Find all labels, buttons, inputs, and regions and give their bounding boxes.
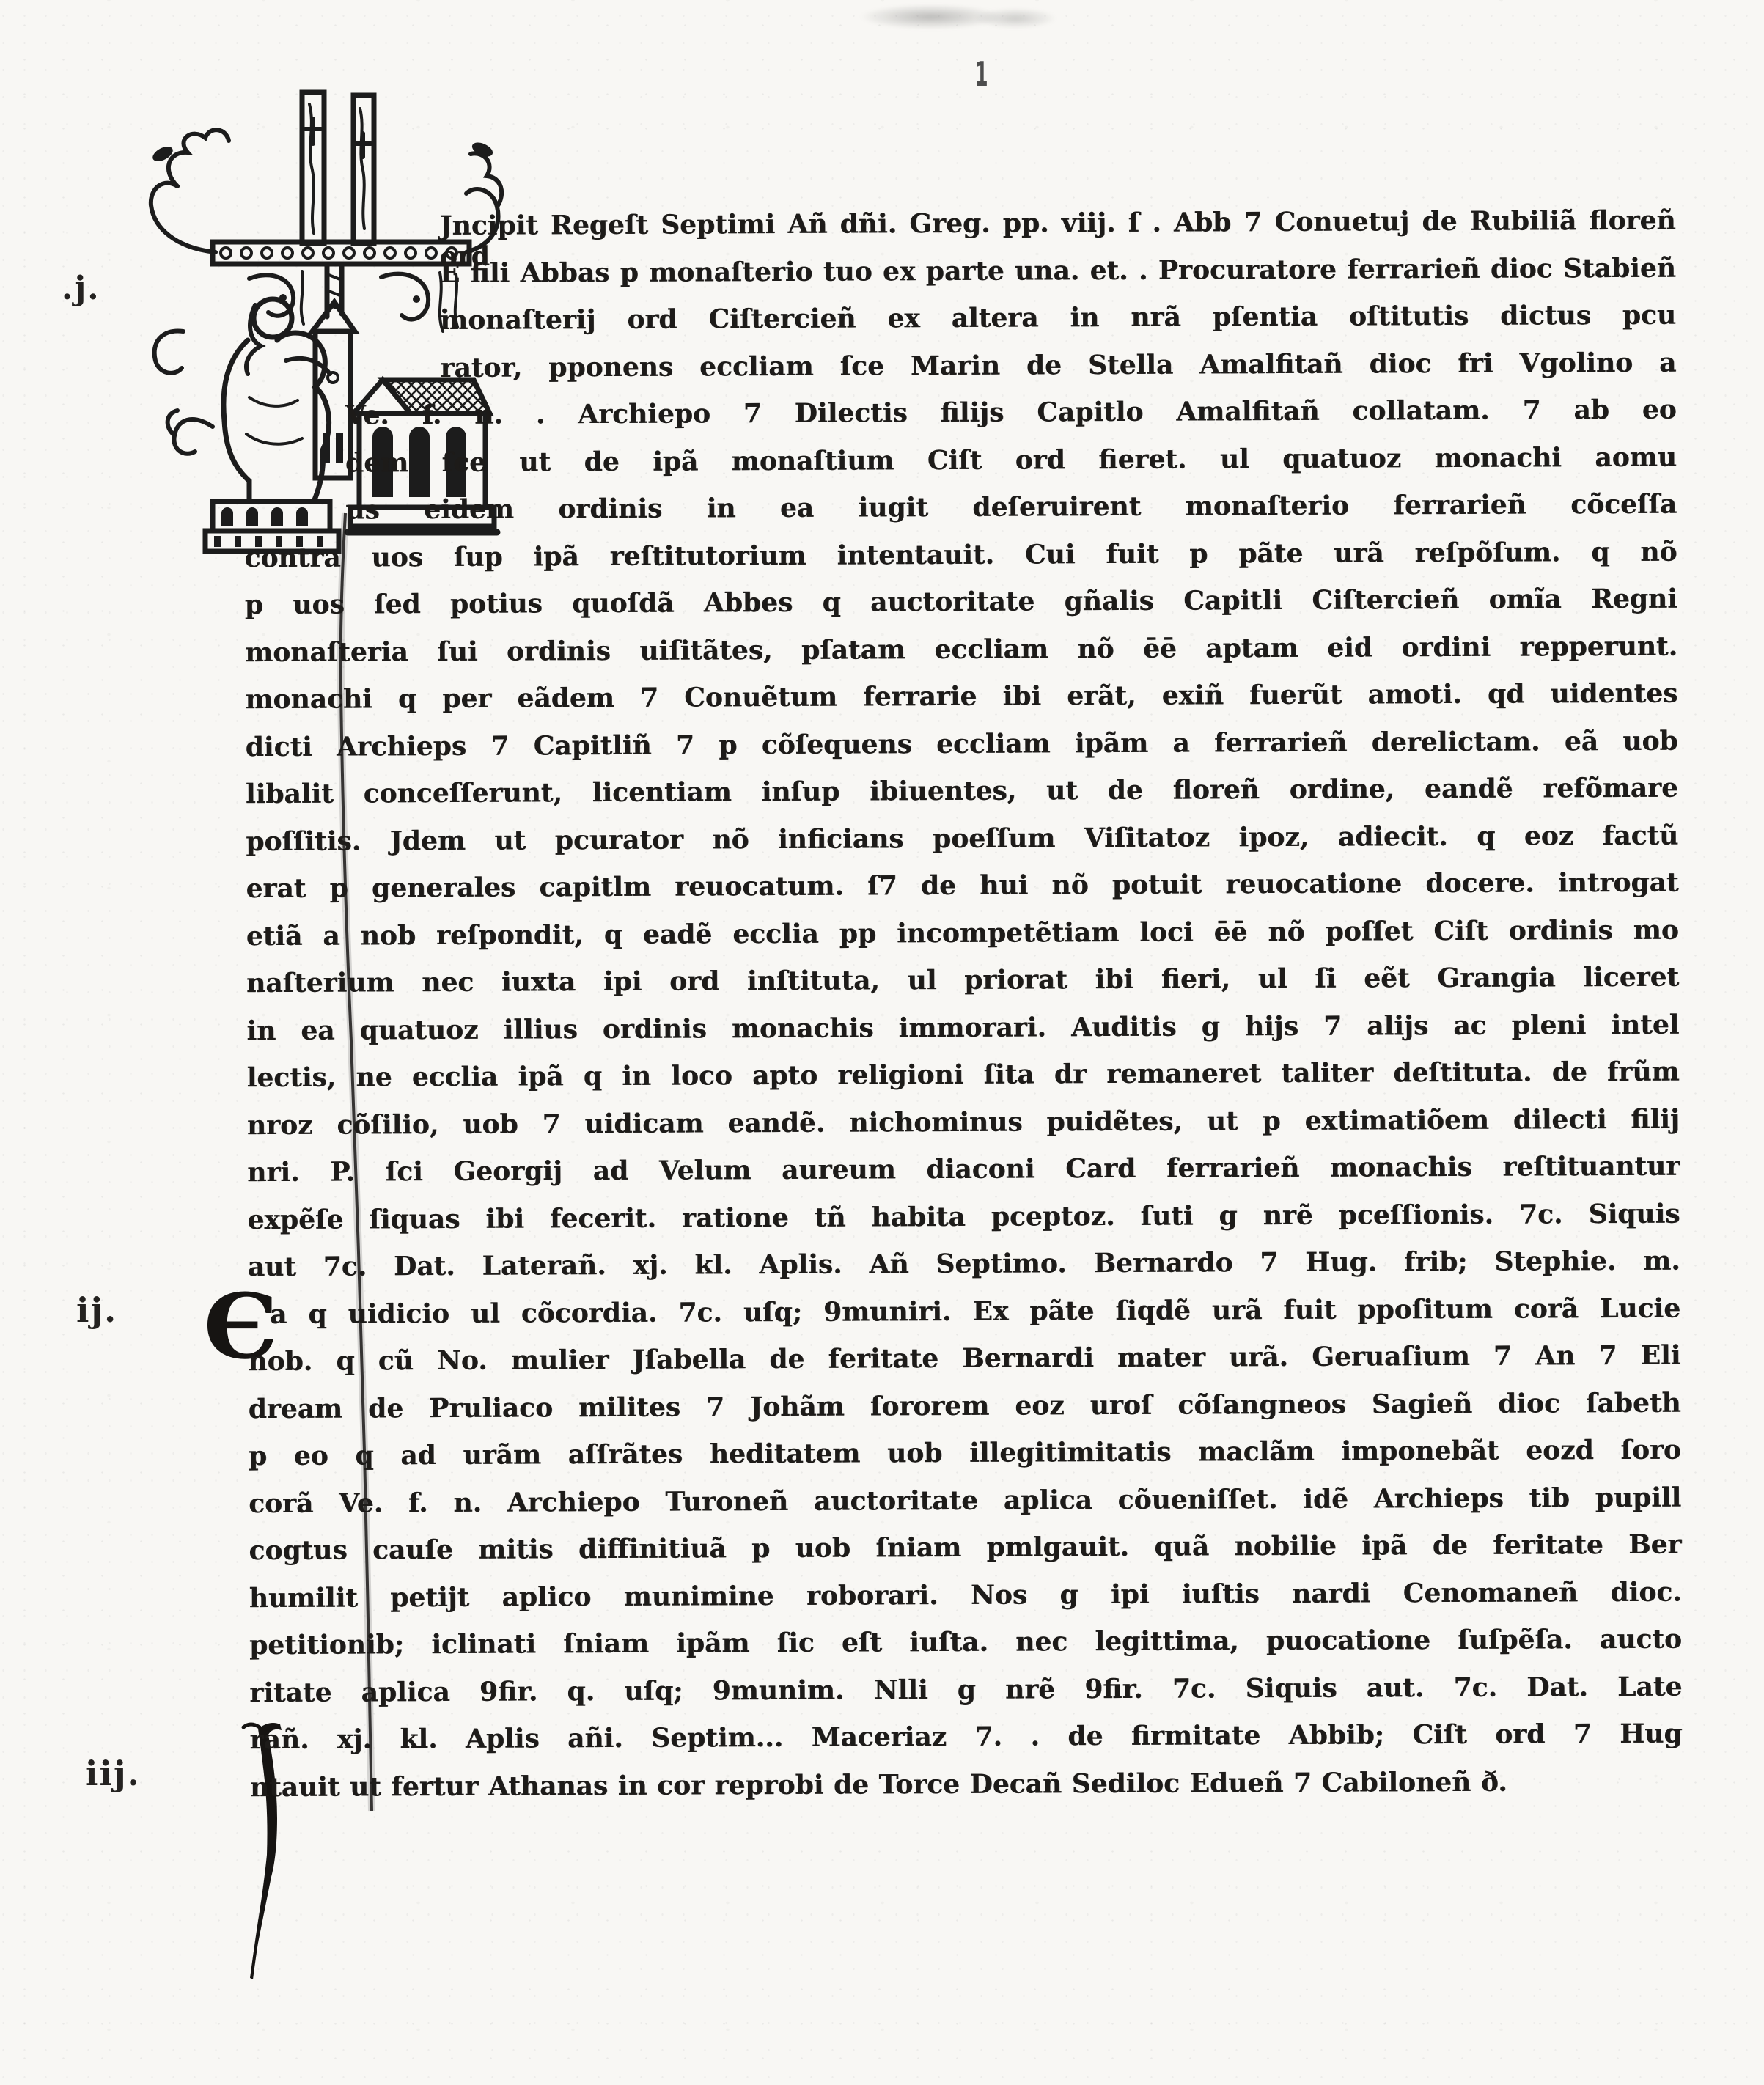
- manuscript-line: nri. P. ſci Georgij ad Velum aureum diac…: [247, 1151, 1680, 1205]
- manuscript-page: 1 .j. ij. iij.: [0, 0, 1764, 2085]
- manuscript-line: expẽſe ſiquas ibi fecerit. ratione tñ ha…: [247, 1198, 1680, 1251]
- manuscript-line: Jncipit Regeſt Septimi Añ dñi. Greg. pp.…: [440, 205, 1676, 257]
- manuscript-line: dicti Archieps 7 Capitliñ 7 p cõſequens …: [246, 725, 1678, 779]
- manuscript-line: E fili Abbas p monaſterio tuo ex parte u…: [440, 252, 1676, 304]
- manuscript-line: nob. q cũ No. mulier Jſabella de feritat…: [248, 1340, 1680, 1394]
- manuscript-line: in ea quatuoz illius ordinis monachis im…: [246, 1009, 1679, 1062]
- manuscript-line: p uos ſed potius quoſdã Abbes q auctorit…: [245, 584, 1677, 637]
- manuscript-line: dem ſce ut de ipã monaſtium Ciſt ord fie…: [345, 441, 1677, 494]
- manuscript-line: aut 7c. Dat. Laterañ. xj. kl. Aplis. Añ …: [248, 1246, 1680, 1299]
- manuscript-line: corã Ve. f. n. Archiepo Turoneñ auctorit…: [249, 1482, 1681, 1535]
- manuscript-line: etiã a nob reſpondit, q eadẽ ecclia pp i…: [246, 914, 1679, 968]
- manuscript-line: libalit conceſſerunt, licentiam inſup ib…: [246, 773, 1678, 826]
- manuscript-line: rator, pponens eccliam ſce Marin de Stel…: [440, 347, 1676, 399]
- manuscript-line: ntauit ut fertur Athanas in cor reprobi …: [250, 1766, 1511, 1819]
- manuscript-line: rañ. xj. kl. Aplis añi. Septim... Maceri…: [250, 1718, 1683, 1772]
- manuscript-line: erat p generales capitlm reuocatum. ſ7 d…: [246, 867, 1678, 921]
- manuscript-line: lectis, ne ecclia ipã q in loco apto rel…: [247, 1056, 1680, 1110]
- manuscript-line: monachi q per eãdem 7 Conuẽtum ferrarie …: [245, 678, 1677, 732]
- manuscript-line: petitionib; iclinati ſniam ipãm ſic eſt …: [249, 1624, 1682, 1677]
- manuscript-line: poſſitis. Jdem ut pcurator nõ inficians …: [246, 820, 1678, 873]
- manuscript-line: naſterium nec iuxta ipi ord inſtituta, u…: [246, 962, 1679, 1015]
- manuscript-line: contra uos ſup ipã reſtitutorium intenta…: [244, 536, 1677, 589]
- manuscript-text-block: Jncipit Regeſt Septimi Añ dñi. Greg. pp.…: [0, 0, 1764, 2085]
- manuscript-line: p eo q ad urãm aſſrãtes heditatem uob il…: [249, 1435, 1681, 1488]
- manuscript-line: dream de Pruliaco milites 7 Johãm ſorore…: [249, 1387, 1681, 1441]
- manuscript-line: a q uidicio ul cõcordia. 7c. uſq; 9munir…: [270, 1292, 1680, 1345]
- manuscript-line: Ve. f. n. . Archiepo 7 Dilectis filijs C…: [345, 394, 1677, 447]
- manuscript-line: humilit petijt aplico munimine roborari.…: [249, 1576, 1682, 1630]
- manuscript-line: us eidem ordinis in ea iugit deſeruirent…: [345, 489, 1677, 542]
- manuscript-line: ritate aplica 9fir. q. uſq; 9munim. Nlli…: [249, 1671, 1682, 1724]
- manuscript-line: monaſterij ord Ciſtercieñ ex altera in n…: [440, 300, 1676, 352]
- manuscript-line: monaſteria ſui ordinis uiſitãtes, pſatam…: [245, 630, 1677, 684]
- manuscript-line: cogtus cauſe mitis diffinitiuã p uob ſni…: [249, 1529, 1681, 1583]
- manuscript-line: nroz cõſilio, uob 7 uidicam eandẽ. nicho…: [247, 1103, 1680, 1157]
